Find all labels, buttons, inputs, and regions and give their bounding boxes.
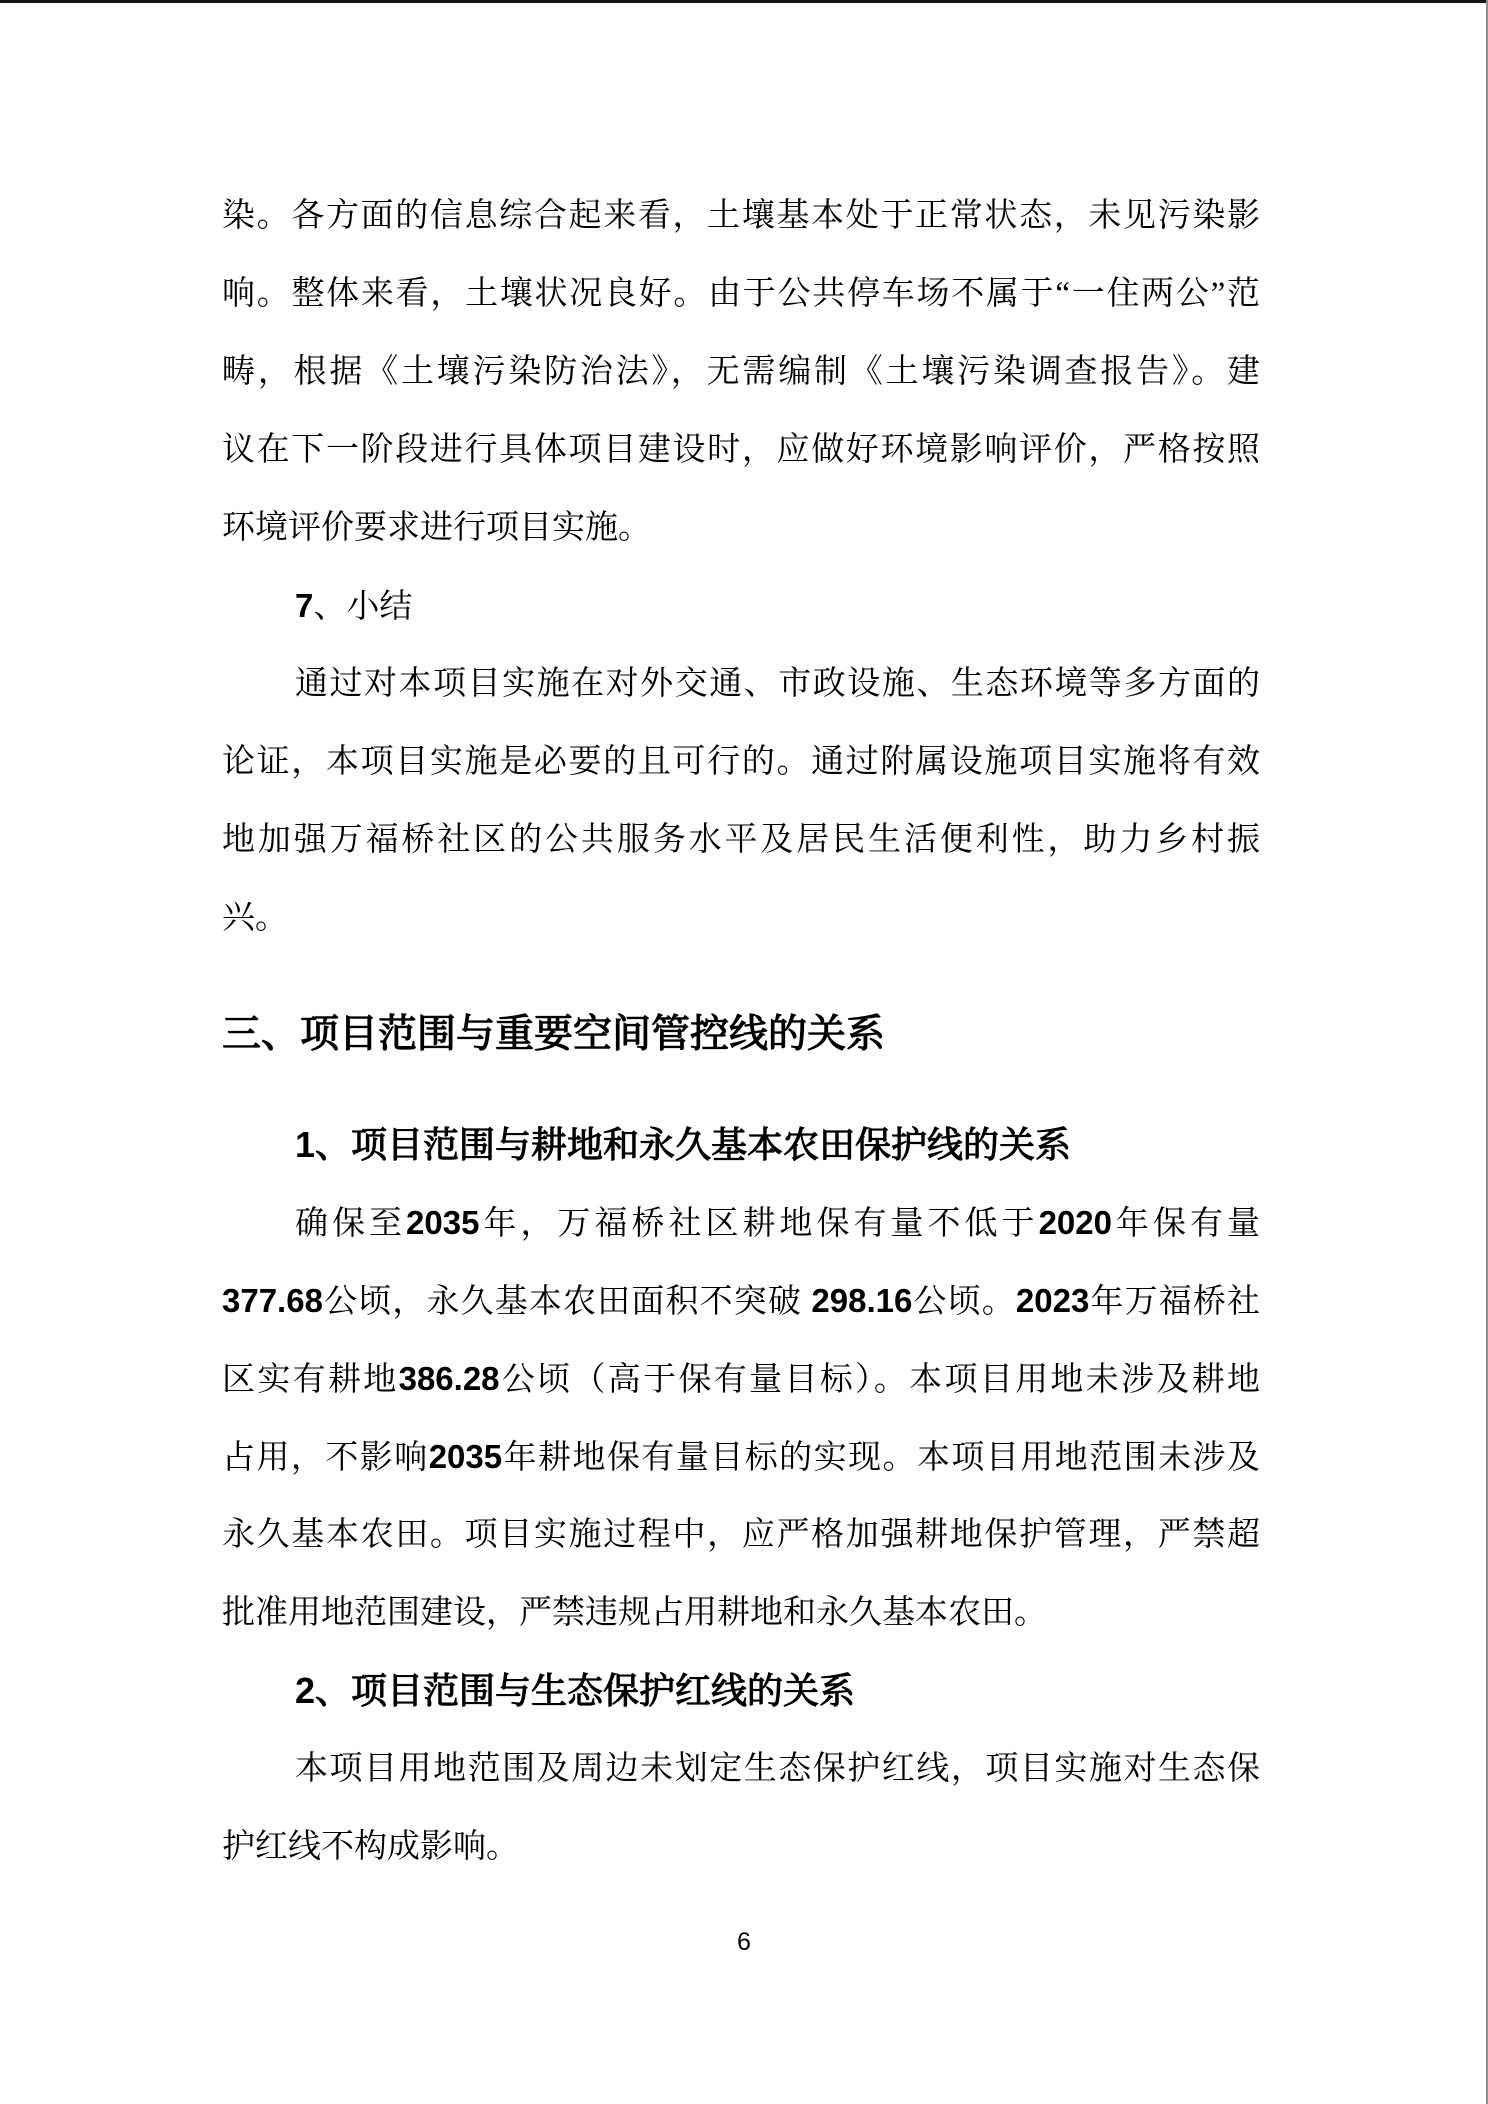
section-heading: 三、项目范围与重要空间管控线的关系 [222, 996, 1260, 1074]
text-run: 占用，不影响 [222, 1440, 429, 1476]
body-line: 响。整体来看，土壤状况良好。由于公共停车场不属于“一住两公”范 [222, 255, 1260, 333]
page-number: 6 [0, 1920, 1488, 1964]
text-run: 、项目范围与生态保护红线的关系 [315, 1671, 855, 1711]
text-run: 公顷，永久基本农田面积不突破 [323, 1284, 811, 1320]
text-run: 环境评价要求进行项目实施。 [222, 510, 651, 546]
page-top-edge [0, 0, 1488, 3]
text-run: 公顷。 [912, 1284, 1016, 1320]
body-line: 批准用地范围建设，严禁违规占用耕地和永久基本农田。 [222, 1574, 1260, 1652]
text-run: 兴。 [222, 900, 288, 936]
body-line: 通过对本项目实施在对外交通、市政设施、生态环境等多方面的 [222, 645, 1260, 723]
text-run: 、项目范围与耕地和永久基本农田保护线的关系 [315, 1125, 1071, 1165]
body-line: 区实有耕地386.28公顷（高于保有量目标）。本项目用地未涉及耕地 [222, 1340, 1260, 1418]
text-run: 永久基本农田。项目实施过程中，应严格加强耕地保护管理，严禁超 [222, 1517, 1260, 1553]
number-run: 2023 [1016, 1282, 1089, 1319]
body-line: 确保至2035年，万福桥社区耕地保有量不低于2020年保有量 [222, 1184, 1260, 1262]
text-run: 年耕地保有量目标的实现。本项目用地范围未涉及 [502, 1440, 1260, 1476]
body-line: 议在下一阶段进行具体项目建设时，应做好环境影响评价，严格按照 [222, 411, 1260, 489]
number-run: 2035 [429, 1438, 502, 1475]
number-run: 1 [295, 1124, 315, 1165]
text-run: 年万福桥社 [1089, 1284, 1260, 1320]
number-run: 7 [295, 587, 313, 624]
text-run: 议在下一阶段进行具体项目建设时，应做好环境影响评价，严格按照 [222, 432, 1260, 468]
text-run: 论证，本项目实施是必要的且可行的。通过附属设施项目实施将有效 [222, 744, 1260, 780]
text-run: 护红线不构成影响。 [222, 1829, 519, 1865]
text-run: 响。整体来看，土壤状况良好。由于公共停车场不属于“一住两公”范 [222, 276, 1260, 312]
text-run: 、小结 [313, 589, 412, 625]
number-run: 377.68 [222, 1282, 323, 1319]
text-run: 本项目用地范围及周边未划定生态保护红线，项目实施对生态保 [295, 1751, 1260, 1787]
sub-heading: 1、项目范围与耕地和永久基本农田保护线的关系 [222, 1106, 1260, 1184]
text-run: 通过对本项目实施在对外交通、市政设施、生态环境等多方面的 [295, 666, 1260, 702]
text-run: 公顷（高于保有量目标）。本项目用地未涉及耕地 [500, 1362, 1260, 1398]
text-run: 年，万福桥社区耕地保有量不低于 [479, 1206, 1038, 1242]
document-content: 染。各方面的信息综合起来看，土壤基本处于正常状态，未见污染影响。整体来看，土壤状… [222, 177, 1260, 1886]
text-run: 地加强万福桥社区的公共服务水平及居民生活便利性，助力乡村振 [222, 822, 1260, 858]
body-line: 护红线不构成影响。 [222, 1808, 1260, 1886]
text-run: 染。各方面的信息综合起来看，土壤基本处于正常状态，未见污染影 [222, 198, 1260, 234]
body-line: 本项目用地范围及周边未划定生态保护红线，项目实施对生态保 [222, 1730, 1260, 1808]
text-run: 批准用地范围建设，严禁违规占用耕地和永久基本农田。 [222, 1595, 1047, 1631]
number-run: 2 [295, 1670, 315, 1711]
number-run: 2020 [1039, 1204, 1112, 1241]
body-line: 地加强万福桥社区的公共服务水平及居民生活便利性，助力乡村振 [222, 801, 1260, 879]
body-line: 畴，根据《土壤污染防治法》，无需编制《土壤污染调查报告》。建 [222, 333, 1260, 411]
sub-heading: 2、项目范围与生态保护红线的关系 [222, 1652, 1260, 1730]
body-line: 环境评价要求进行项目实施。 [222, 489, 1260, 567]
body-line: 兴。 [222, 879, 1260, 957]
number-run: 386.28 [399, 1360, 500, 1397]
number-run: 298.16 [811, 1282, 912, 1319]
text-run: 年保有量 [1112, 1206, 1260, 1242]
body-line: 7、小结 [222, 567, 1260, 645]
text-run: 区实有耕地 [222, 1362, 399, 1398]
body-line: 占用，不影响2035年耕地保有量目标的实现。本项目用地范围未涉及 [222, 1418, 1260, 1496]
body-line: 377.68公顷，永久基本农田面积不突破 298.16公顷。2023年万福桥社 [222, 1262, 1260, 1340]
body-line: 论证，本项目实施是必要的且可行的。通过附属设施项目实施将有效 [222, 723, 1260, 801]
document-page: 染。各方面的信息综合起来看，土壤基本处于正常状态，未见污染影响。整体来看，土壤状… [0, 0, 1488, 2104]
text-run: 畴，根据《土壤污染防治法》，无需编制《土壤污染调查报告》。建 [222, 354, 1260, 390]
text-run: 确保至 [295, 1206, 406, 1242]
text-run: 三、项目范围与重要空间管控线的关系 [222, 1013, 885, 1056]
number-run: 2035 [406, 1204, 479, 1241]
body-line: 永久基本农田。项目实施过程中，应严格加强耕地保护管理，严禁超 [222, 1496, 1260, 1574]
body-line: 染。各方面的信息综合起来看，土壤基本处于正常状态，未见污染影 [222, 177, 1260, 255]
